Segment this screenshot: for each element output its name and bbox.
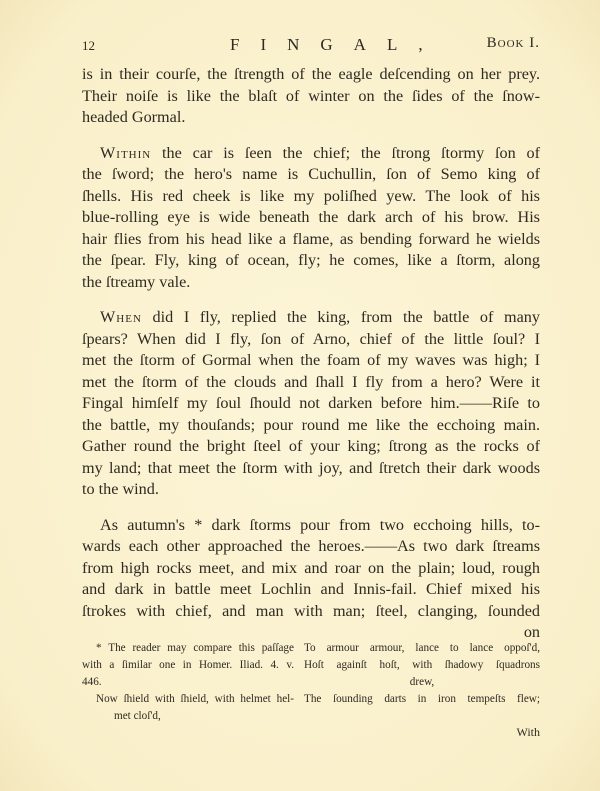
catchword: With — [82, 725, 540, 740]
book-label: Book I. — [487, 35, 540, 52]
paragraph-4: As autumn's * dark ſtorms pour from two … — [82, 515, 540, 644]
text-line: the ſtreamy vale. — [82, 272, 540, 294]
text-line: the ſword; the hero's name is Cuchullin,… — [82, 164, 540, 186]
page-number: 12 — [82, 38, 95, 54]
text-line: wards each other approached the heroes.—… — [82, 536, 540, 558]
text-line: blue-rolling eye is wide beneath the dar… — [82, 207, 540, 229]
footnote-line: The ſounding darts in iron tempeſts flew… — [304, 691, 540, 708]
footnote-line: Now ſhield with ſhield, with helmet hel- — [82, 691, 294, 708]
text-line: Their noiſe is like the blaſt of winter … — [82, 86, 540, 108]
footnote-line: with a ſimilar one in Homer. Iliad. 4. v… — [82, 657, 294, 674]
paragraph-3: When did I fly, replied the king, from t… — [82, 307, 540, 501]
text-line: Fingal himſelf my ſoul ſhould not darken… — [82, 393, 540, 415]
text-line: met the ſtorm of the clouds and ſhall I … — [82, 372, 540, 394]
text-line: Gather round the bright ſteel of your ki… — [82, 436, 540, 458]
text-line: When did I fly, replied the king, from t… — [82, 307, 540, 329]
text-line: from high rocks meet, and mix and roar o… — [82, 558, 540, 580]
text-line: and dark in battle meet Lochlin and Inni… — [82, 579, 540, 601]
running-title: FINGAL, — [230, 35, 444, 55]
running-header: 12 FINGAL, Book I. — [82, 34, 540, 56]
paragraph-2: Within the car is ſeen the chief; the ſt… — [82, 143, 540, 294]
footnote-left-column: * The reader may compare this paſſage wi… — [82, 640, 294, 725]
text-line: the ſpear. Fly, king of ocean, fly; he c… — [82, 250, 540, 272]
text-line: is in their courſe, the ſtrength of the … — [82, 64, 540, 86]
text-line: As autumn's * dark ſtorms pour from two … — [82, 515, 540, 537]
text-line: met the ſtorm of Gormal when the foam of… — [82, 350, 540, 372]
footnote-line: 446. — [82, 674, 294, 691]
footnote-line: Hoſt againſt hoſt, with ſhadowy ſquadron… — [304, 657, 540, 674]
text-line: ſpears? When did I fly, ſon of Arno, chi… — [82, 329, 540, 351]
main-text: is in their courſe, the ſtrength of the … — [82, 64, 540, 644]
text-line: my land; that meet the ſtorm with joy, a… — [82, 458, 540, 480]
text-line: the battle, my thouſands; pour round me … — [82, 415, 540, 437]
text-line: Within the car is ſeen the chief; the ſt… — [82, 143, 540, 165]
book-page: 12 FINGAL, Book I. is in their courſe, t… — [0, 0, 600, 791]
text-line: ſtrokes with chief, and man with man; ſt… — [82, 601, 540, 623]
lead-word: Within — [100, 144, 151, 162]
paragraph-1: is in their courſe, the ſtrength of the … — [82, 64, 540, 129]
text-line: headed Gormal. — [82, 107, 540, 129]
footnote-line: To armour armour, lance to lance oppoſ'd… — [304, 640, 540, 657]
lead-word: When — [100, 308, 142, 326]
footnote-line: * The reader may compare this paſſage — [82, 640, 294, 657]
text-line: to the wind. — [82, 479, 540, 501]
text-line: ſhells. His red cheek is like my poliſhe… — [82, 186, 540, 208]
footnote-line: met cloſ'd, — [82, 708, 294, 725]
footnote-line: drew, — [304, 674, 540, 691]
text-line: hair flies from his head like a flame, a… — [82, 229, 540, 251]
footnote-right-column: To armour armour, lance to lance oppoſ'd… — [304, 640, 540, 708]
